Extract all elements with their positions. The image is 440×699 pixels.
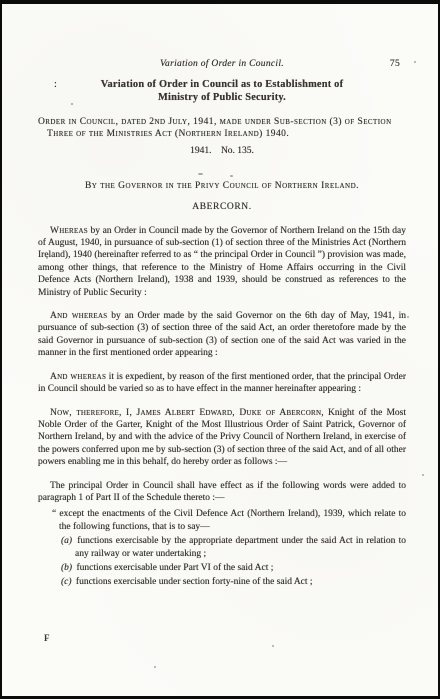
scan-speckle bbox=[154, 666, 156, 668]
paragraph-text: The principal Order in Council shall hav… bbox=[38, 481, 406, 503]
scan-speckle bbox=[46, 256, 48, 259]
order-caption: Order in Council, dated 2nd July, 1941, … bbox=[38, 116, 399, 141]
whereas-paragraph-3: And whereas it is expedient, by reason o… bbox=[38, 371, 406, 396]
list-item-text: functions exercisable by the appropriate… bbox=[75, 536, 406, 558]
whereas-paragraph-2: And whereas by an Order made by the said… bbox=[38, 310, 406, 360]
list-item-a: (a) functions exercisable by the appropr… bbox=[38, 535, 406, 560]
scan-speckle bbox=[230, 175, 233, 177]
variation-paragraph: The principal Order in Council shall hav… bbox=[38, 480, 406, 505]
scanned-document-page: Variation of Order in Council. 75 : Vari… bbox=[0, 0, 440, 699]
scan-speckle bbox=[272, 645, 274, 647]
scan-speckle bbox=[407, 316, 409, 318]
list-marker: (a) bbox=[61, 536, 72, 546]
list-marker: (b) bbox=[61, 563, 72, 573]
list-item-text: functions exercisable under Part VI of t… bbox=[76, 563, 273, 573]
whereas-paragraph-1: Whereas by an Order in Council made by t… bbox=[38, 225, 406, 299]
paragraph-lead: And whereas bbox=[50, 311, 107, 321]
title-line-2: Ministry of Public Security. bbox=[38, 92, 406, 105]
list-item-b: (b) functions exercisable under Part VI … bbox=[38, 562, 406, 574]
paragraph-lead: And whereas bbox=[50, 372, 106, 382]
scan-artifact-mark: : bbox=[54, 79, 57, 92]
order-number-line: 1941. No. 135. bbox=[38, 145, 406, 157]
scan-speckle bbox=[414, 61, 416, 63]
document-title: : Variation of Order in Council as to Es… bbox=[38, 79, 406, 104]
list-item-c: (c) functions exercisable under section … bbox=[38, 576, 406, 588]
printers-signature-mark: F bbox=[44, 633, 50, 643]
page-number: 75 bbox=[390, 58, 400, 70]
list-marker: (c) bbox=[61, 577, 72, 587]
schedule-quote-intro: “ except the enactments of the Civil Def… bbox=[38, 508, 406, 533]
scan-speckle bbox=[401, 313, 403, 315]
title-line-1: Variation of Order in Council as to Esta… bbox=[38, 79, 406, 92]
scan-speckle bbox=[71, 103, 73, 105]
running-head-row: Variation of Order in Council. 75 bbox=[38, 58, 406, 70]
signatory-name: ABERCORN. bbox=[38, 201, 406, 213]
paragraph-text: by an Order in Council made by the Gover… bbox=[38, 226, 406, 298]
paragraph-lead: Now, therefore, I, James Albert Edward, … bbox=[50, 408, 324, 418]
paragraph-lead: Whereas bbox=[50, 226, 88, 236]
scan-speckle bbox=[198, 173, 203, 175]
authority-line: By the Governor in the Privy Council of … bbox=[38, 180, 406, 192]
running-head: Variation of Order in Council. bbox=[160, 59, 284, 69]
list-item-text: functions exercisable under section fort… bbox=[76, 577, 313, 587]
page-content: Variation of Order in Council. 75 : Vari… bbox=[38, 58, 406, 589]
enacting-paragraph: Now, therefore, I, James Albert Edward, … bbox=[38, 407, 406, 469]
scan-speckle bbox=[422, 474, 424, 476]
